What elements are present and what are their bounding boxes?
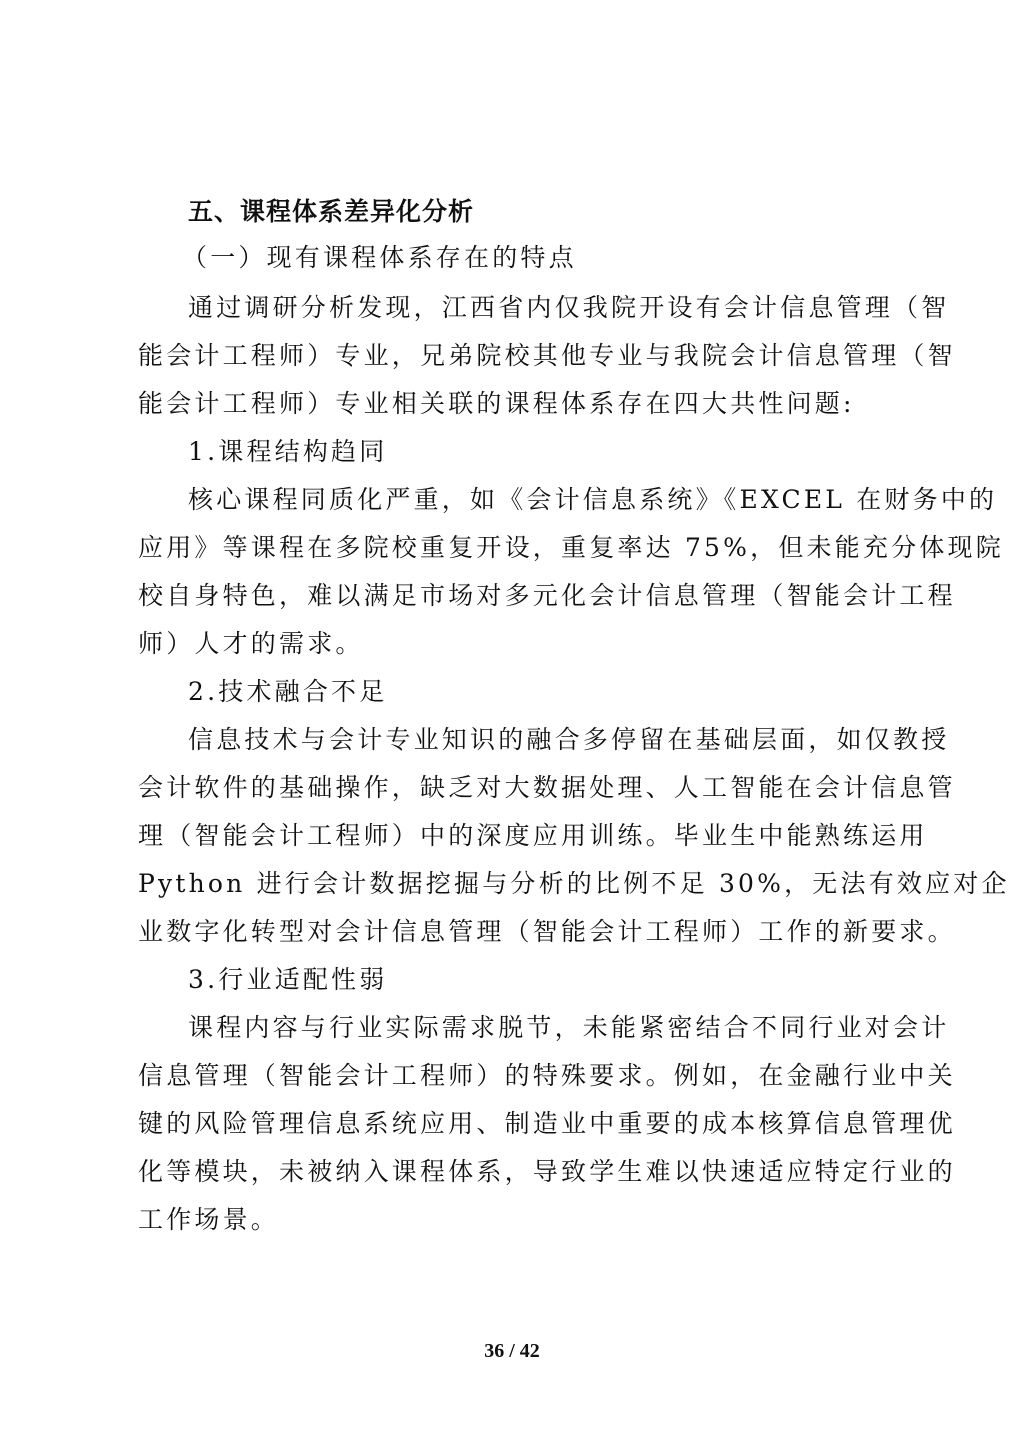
paragraph-line: 理（智能会计工程师）中的深度应用训练。毕业生中能熟练运用 [138,821,888,851]
paragraph-line: 化等模块，未被纳入课程体系，导致学生难以快速适应特定行业的 [138,1157,888,1187]
subsection-title: （一）现有课程体系存在的特点 [182,243,932,273]
list-heading: 3.行业适配性弱 [188,965,938,995]
paragraph-line: 信息技术与会计专业知识的融合多停留在基础层面，如仅教授 [188,725,938,755]
paragraph-line: 校自身特色，难以满足市场对多元化会计信息管理（智能会计工程 [138,581,888,611]
paragraph-line: 应用》等课程在多院校重复开设，重复率达 75%，但未能充分体现院 [138,533,888,563]
paragraph-line: Python 进行会计数据挖掘与分析的比例不足 30%，无法有效应对企 [138,869,888,899]
paragraph-line: 能会计工程师）专业相关联的课程体系存在四大共性问题: [138,389,888,419]
list-heading: 1.课程结构趋同 [188,437,938,467]
list-heading: 2.技术融合不足 [188,677,938,707]
paragraph-line: 信息管理（智能会计工程师）的特殊要求。例如，在金融行业中关 [138,1061,888,1091]
paragraph-line: 会计软件的基础操作，缺乏对大数据处理、人工智能在会计信息管 [138,773,888,803]
paragraph-line: 键的风险管理信息系统应用、制造业中重要的成本核算信息管理优 [138,1109,888,1139]
paragraph-line: 通过调研分析发现，江西省内仅我院开设有会计信息管理（智 [188,293,938,323]
section-title: 五、课程体系差异化分析 [188,197,938,227]
paragraph-line: 工作场景。 [138,1205,888,1235]
paragraph-line: 业数字化转型对会计信息管理（智能会计工程师）工作的新要求。 [138,917,888,947]
paragraph-line: 能会计工程师）专业，兄弟院校其他专业与我院会计信息管理（智 [138,341,888,371]
document-page: 五、课程体系差异化分析 （一）现有课程体系存在的特点 通过调研分析发现，江西省内… [0,0,1024,1448]
paragraph-line: 课程内容与行业实际需求脱节，未能紧密结合不同行业对会计 [188,1013,938,1043]
paragraph-line: 师）人才的需求。 [138,629,888,659]
paragraph-line: 核心课程同质化严重，如《会计信息系统》《EXCEL 在财务中的 [188,485,938,515]
page-number: 36 / 42 [0,1340,1024,1363]
